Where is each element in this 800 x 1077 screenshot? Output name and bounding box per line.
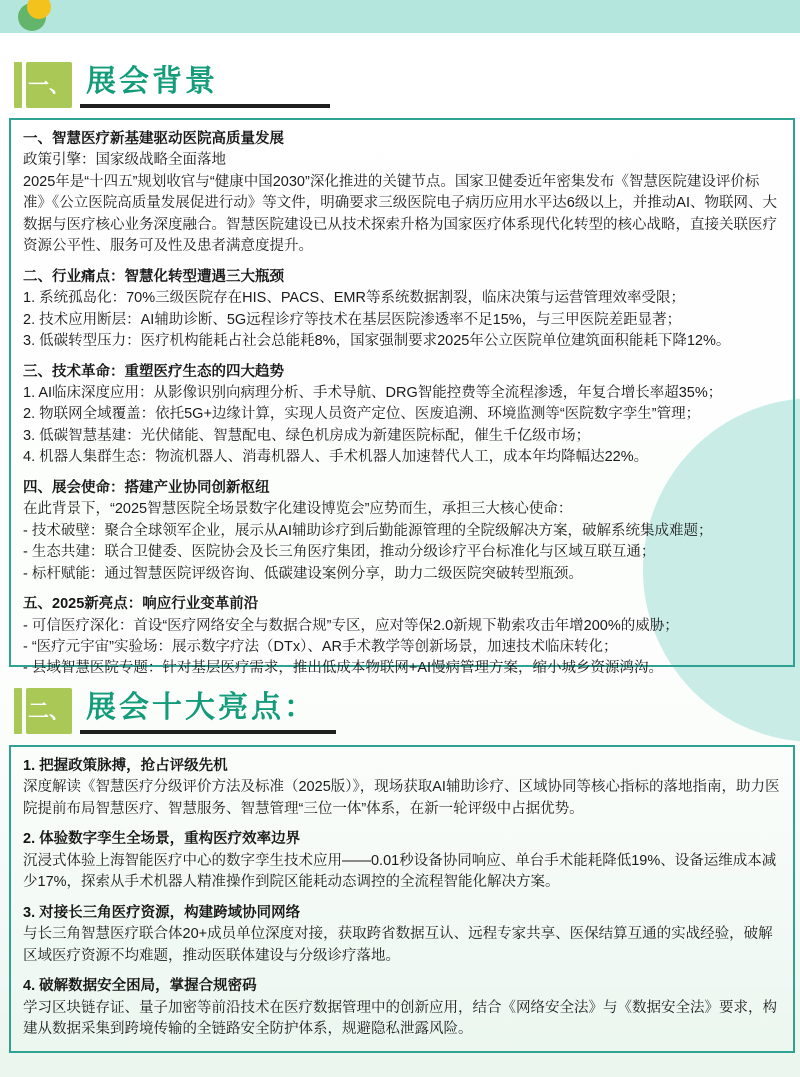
title-underline (80, 730, 336, 734)
content-block: 一、智慧医疗新基建驱动医院高质量发展 政策引擎：国家级战略全面落地 2025年是… (23, 129, 781, 258)
block-heading: 2. 体验数字孪生全场景，重构医疗效率边界 (23, 829, 781, 850)
block-line: 在此背景下，“2025智慧医院全场景数字化建设博览会”应势而生，承担三大核心使命… (23, 499, 781, 520)
block-heading: 三、技术革命：重塑医疗生态的四大趋势 (23, 362, 781, 383)
content-block: 1. 把握政策脉搏，抢占评级先机 深度解读《智慧医疗分级评价方法及标准（2025… (23, 756, 781, 820)
section-title: 展会十大亮点： (86, 688, 336, 729)
block-line: 4. 机器人集群生态：物流机器人、消毒机器人、手术机器人加速替代人工，成本年均降… (23, 447, 781, 468)
block-line: 3. 低碳智慧基建：光伏储能、智慧配电、绿色机房成为新建医院标配，催生千亿级市场… (23, 426, 781, 447)
block-line: 沉浸式体验上海智能医疗中心的数字孪生技术应用——0.01秒设备协同响应、单台手术… (23, 851, 781, 894)
logo-yellow-circle-icon (27, 0, 51, 19)
block-heading: 一、智慧医疗新基建驱动医院高质量发展 (23, 129, 781, 150)
section-title: 展会背景 (86, 62, 330, 103)
block-line: 深度解读《智慧医疗分级评价方法及标准（2025版）》，现场获取AI辅助诊疗、区域… (23, 777, 781, 820)
block-line: 1. 系统孤岛化：70%三级医院存在HIS、PACS、EMR等系统数据割裂，临床… (23, 288, 781, 309)
block-line: 1. AI临床深度应用：从影像识别向病理分析、手术导航、DRG智能控费等全流程渗… (23, 383, 781, 404)
block-line: - 标杆赋能：通过智慧医院评级咨询、低碳建设案例分享，助力二级医院突破转型瓶颈。 (23, 564, 781, 585)
section-title-wrap: 展会背景 (86, 62, 330, 108)
title-underline (80, 104, 330, 108)
block-heading: 五、2025新亮点：响应行业变革前沿 (23, 594, 781, 615)
block-line: 2. 技术应用断层：AI辅助诊断、5G远程诊疗等技术在基层医院渗透率不足15%，… (23, 310, 781, 331)
block-line: - 县域智慧医院专题：针对基层医疗需求，推出低成本物联网+AI慢病管理方案，缩小… (23, 658, 781, 679)
block-line: 学习区块链存证、量子加密等前沿技术在医疗数据管理中的创新应用，结合《网络安全法》… (23, 998, 781, 1041)
block-line: - “医疗元宇宙”实验场：展示数字疗法（DTx）、AR手术教学等创新场景，加速技… (23, 637, 781, 658)
block-line: - 技术破壁：聚合全球领军企业，展示从AI辅助诊疗到后勤能源管理的全院级解决方案… (23, 521, 781, 542)
section-header-highlights: 二、 展会十大亮点： (14, 688, 336, 734)
block-line: - 生态共建：联合卫健委、医院协会及长三角医疗集团，推动分级诊疗平台标准化与区域… (23, 542, 781, 563)
header-bar-icon (14, 688, 22, 734)
block-line: 3. 低碳转型压力：医疗机构能耗占社会总能耗8%，国家强制要求2025年公立医院… (23, 331, 781, 352)
section-background-box: 一、智慧医疗新基建驱动医院高质量发展 政策引擎：国家级战略全面落地 2025年是… (9, 118, 795, 667)
content-block: 二、行业痛点：智慧化转型遭遇三大瓶颈 1. 系统孤岛化：70%三级医院存在HIS… (23, 267, 781, 353)
block-line: - 可信医疗深化：首设“医疗网络安全与数据合规”专区，应对等保2.0新规下勒索攻… (23, 616, 781, 637)
content-block: 2. 体验数字孪生全场景，重构医疗效率边界 沉浸式体验上海智能医疗中心的数字孪生… (23, 829, 781, 893)
section-title-wrap: 展会十大亮点： (86, 688, 336, 734)
section-number-badge: 二、 (26, 688, 72, 734)
block-line: 政策引擎：国家级战略全面落地 (23, 150, 781, 171)
block-heading: 四、展会使命：搭建产业协同创新枢纽 (23, 478, 781, 499)
content-block: 三、技术革命：重塑医疗生态的四大趋势 1. AI临床深度应用：从影像识别向病理分… (23, 362, 781, 469)
section-number-badge: 一、 (26, 62, 72, 108)
content-block: 四、展会使命：搭建产业协同创新枢纽 在此背景下，“2025智慧医院全场景数字化建… (23, 478, 781, 585)
block-heading: 4. 破解数据安全困局，掌握合规密码 (23, 976, 781, 997)
block-line: 与长三角智慧医疗联合体20+成员单位深度对接，获取跨省数据互认、远程专家共享、医… (23, 924, 781, 967)
content-block: 3. 对接长三角医疗资源，构建跨域协同网络 与长三角智慧医疗联合体20+成员单位… (23, 903, 781, 967)
block-heading: 3. 对接长三角医疗资源，构建跨域协同网络 (23, 903, 781, 924)
section-highlights-box: 1. 把握政策脉搏，抢占评级先机 深度解读《智慧医疗分级评价方法及标准（2025… (9, 745, 795, 1053)
header-bar-icon (14, 62, 22, 108)
section-header-background: 一、 展会背景 (14, 62, 330, 108)
block-line: 2. 物联网全域覆盖：依托5G+边缘计算，实现人员资产定位、医废追溯、环境监测等… (23, 404, 781, 425)
content-block: 4. 破解数据安全困局，掌握合规密码 学习区块链存证、量子加密等前沿技术在医疗数… (23, 976, 781, 1040)
block-heading: 二、行业痛点：智慧化转型遭遇三大瓶颈 (23, 267, 781, 288)
block-line: 2025年是“十四五”规划收官与“健康中国2030”深化推进的关键节点。国家卫健… (23, 172, 781, 258)
top-banner (0, 0, 800, 33)
content-block: 五、2025新亮点：响应行业变革前沿 - 可信医疗深化：首设“医疗网络安全与数据… (23, 594, 781, 680)
block-heading: 1. 把握政策脉搏，抢占评级先机 (23, 756, 781, 777)
poster-page: 一、 展会背景 一、智慧医疗新基建驱动医院高质量发展 政策引擎：国家级战略全面落… (0, 0, 800, 1077)
logo (14, 0, 58, 33)
